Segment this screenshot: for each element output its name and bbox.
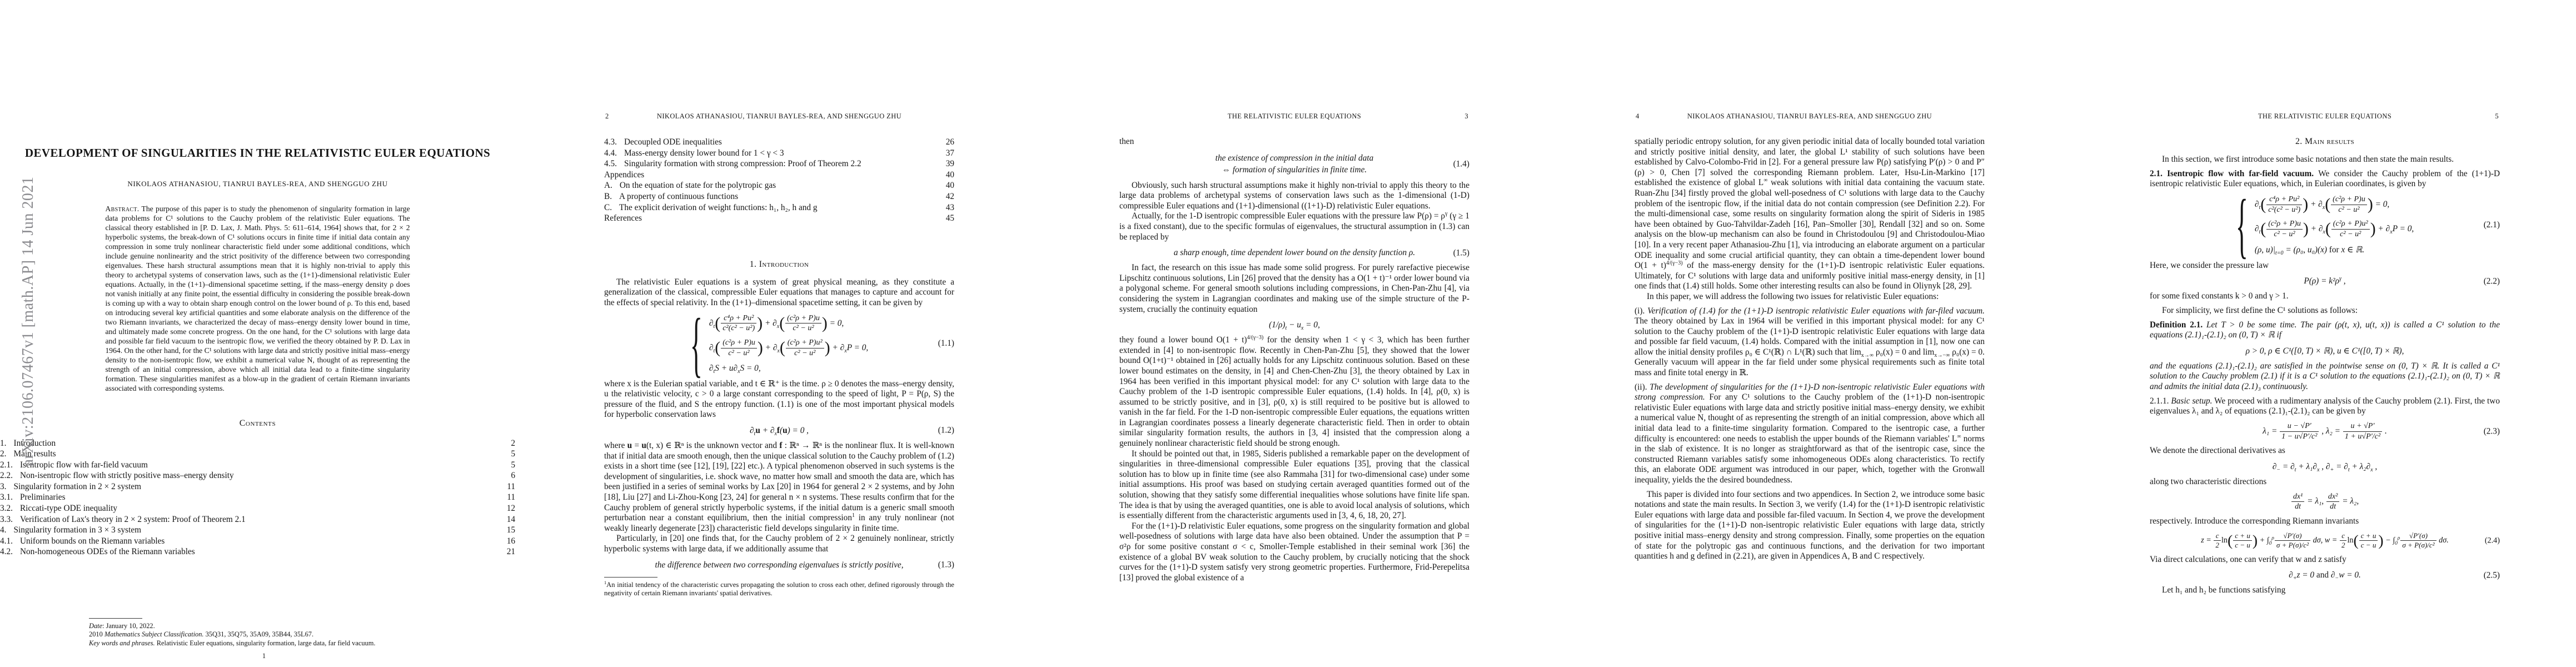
footnote-rule <box>604 577 657 578</box>
equation-number: (1.1) <box>938 339 954 349</box>
toc-section-number: B. <box>604 191 612 202</box>
toc-section-number: C. <box>604 202 612 213</box>
page-4: 4 NIKOLAOS ATHANASIOU, TIANRUI BAYLES-RE… <box>1546 0 2061 667</box>
equation-number: (1.4) <box>1453 158 1469 169</box>
toc-section-title: Singularity formation with strong compre… <box>624 158 861 170</box>
toc-page-number: 5 <box>505 449 515 460</box>
running-head: 2 NIKOLAOS ATHANASIOU, TIANRUI BAYLES-RE… <box>604 112 954 121</box>
toc-row: 3. Singularity formation in 2 × 2 system… <box>0 481 515 492</box>
toc-page-number: 16 <box>501 536 515 547</box>
running-head: THE RELATIVISTIC EULER EQUATIONS 5 <box>2150 112 2500 121</box>
toc-section-title: References <box>604 213 642 224</box>
page-body: 4.3. Decoupled ODE inequalities 26 4.4. … <box>604 137 954 598</box>
toc-row: 4.5. Singularity formation with strong c… <box>604 158 954 170</box>
equation-number: (2.5) <box>2484 570 2500 580</box>
toc-row: References 45 <box>604 213 954 224</box>
toc-row: B. A property of continuous functions 42 <box>604 191 954 202</box>
toc-section-number: 3. <box>0 481 6 492</box>
equation-line: ρ > 0, ρ ∈ C¹([0, T) × ℝ), u ∈ C¹([0, T)… <box>2246 346 2404 356</box>
equation-1-4: the existence of compression in the init… <box>1119 152 1469 176</box>
toc-row: 4.3. Decoupled ODE inequalities 26 <box>604 137 954 148</box>
brace-glyph: { <box>690 302 702 386</box>
toc-section-number: 4. <box>0 525 6 536</box>
toc-section-title: Singularity formation in 3 × 3 system <box>13 525 141 536</box>
paragraph: Actually, for the 1-D isentropic compres… <box>1119 211 1469 242</box>
equation-2-4: z = c2ln(c + uc − u) + ∫0ρ√P′(σ)σ + P(σ)… <box>2150 532 2500 550</box>
equation-2-3: λ₁ = u − √P′1 − u√P′/c² , λ₂ = u + √P′1 … <box>2150 422 2500 441</box>
equation-number: (1.3) <box>938 560 954 570</box>
paragraph: The relativistic Euler equations is a sy… <box>604 277 954 308</box>
section-heading-main-results: 2. Main results <box>2150 137 2500 147</box>
toc-page-number: 42 <box>940 191 954 202</box>
toc-section-title: Decoupled ODE inequalities <box>624 137 722 148</box>
footnote-text: 1An initial tendency of the characterist… <box>604 581 954 598</box>
toc-page-number: 6 <box>505 470 515 481</box>
equation-row: ∂tS + u∂xS = 0, <box>709 364 761 374</box>
toc-section-number: 3.1. <box>0 492 13 503</box>
running-head-title: THE RELATIVISTIC EULER EQUATIONS <box>1119 112 1469 121</box>
page-1: arXiv:2106.07467v1 [math.AP] 14 Jun 2021… <box>0 0 515 667</box>
equation-1-3: the difference between two corresponding… <box>604 560 954 570</box>
paragraph: spatially periodic entropy solution, for… <box>1635 137 1985 292</box>
paragraph: then <box>1119 137 1469 147</box>
paragraph: along two characteristic directions <box>2150 477 2500 487</box>
page-number: 5 <box>2495 112 2499 121</box>
toc-row: 2. Main results 5 <box>0 449 515 460</box>
toc-page-number: 5 <box>505 460 515 471</box>
toc-section-title: Non-homogeneous ODEs of the Riemann vari… <box>20 546 195 558</box>
toc-row: 4. Singularity formation in 3 × 3 system… <box>0 525 515 536</box>
paragraph: In this paper, we will address the follo… <box>1635 292 1985 302</box>
msc-line: 2010 Mathematics Subject Classification.… <box>89 630 439 639</box>
paper-authors: NIKOLAOS ATHANASIOU, TIANRUI BAYLES-REA,… <box>0 180 515 188</box>
equation-line: ∂− = ∂t + λ₁∂x , ∂+ = ∂t + λ₂∂x , <box>2273 462 2378 471</box>
equation-1-5: a sharp enough, time dependent lower bou… <box>1119 247 1469 258</box>
toc-page-number: 15 <box>501 525 515 536</box>
toc-row: 3.1. Preliminaries 11 <box>0 492 515 503</box>
running-head-title: NIKOLAOS ATHANASIOU, TIANRUI BAYLES-REA,… <box>604 112 954 121</box>
equation-line: z = c2ln(c + uc − u) + ∫0ρ√P′(σ)σ + P(σ)… <box>2201 536 2449 545</box>
running-head-title: NIKOLAOS ATHANASIOU, TIANRUI BAYLES-REA,… <box>1635 112 1985 121</box>
toc-section-number: 2.1. <box>0 460 13 471</box>
paragraph: Let h₁ and h₂ be functions satisfying <box>2150 585 2500 596</box>
toc-page-number: 37 <box>940 148 954 159</box>
paragraph: For the (1+1)-D relativistic Euler equat… <box>1119 521 1469 584</box>
toc-section-title: Uniform bounds on the Riemann variables <box>20 536 165 547</box>
paragraph: In fact, the research on this issue has … <box>1119 263 1469 315</box>
equation-row: ∂t((c²ρ + P)uc² − u²) + ∂x((c²ρ + P)u²c²… <box>709 339 868 358</box>
toc-page-number: 40 <box>940 170 954 181</box>
toc-section-title: Appendices <box>604 170 644 181</box>
toc-section-number: 2.2. <box>0 470 13 481</box>
table-of-contents-continued: 4.3. Decoupled ODE inequalities 26 4.4. … <box>604 137 954 224</box>
paragraph: Via direct calculations, one can verify … <box>2150 555 2500 565</box>
toc-row: Appendices 40 <box>604 170 954 181</box>
equation-1-1: { ∂t(c⁴ρ + Pu²c²(c² − u²)) + ∂x((c²ρ + P… <box>604 314 954 374</box>
equation-number: (1.5) <box>1453 247 1469 258</box>
toc-page-number: 39 <box>940 158 954 170</box>
toc-section-number: 4.5. <box>604 158 617 170</box>
paragraph: where u = u(t, x) ∈ ℝⁿ is the unknown ve… <box>604 441 954 534</box>
paper-spread: { "watermark": {"text": "arXiv:2106.0746… <box>0 0 2576 667</box>
equation-row: ∂t(c⁴ρ + Pu²c²(c² − u²)) + ∂x((c²ρ + P)u… <box>709 314 844 333</box>
toc-section-title: The explicit derivation of weight functi… <box>619 202 817 213</box>
equation-directional-derivatives: ∂− = ∂t + λ₁∂x , ∂+ = ∂t + λ₂∂x , <box>2150 461 2500 472</box>
paragraph: For simplicity, we first define the C¹ s… <box>2150 306 2500 316</box>
equation-row: ∂t((c²ρ + P)uc² − u²) + ∂x((c²ρ + P)u²c²… <box>2255 220 2414 239</box>
arxiv-watermark: arXiv:2106.07467v1 [math.AP] 14 Jun 2021 <box>19 155 39 488</box>
page-body: 2. Main results In this section, we firs… <box>2150 137 2500 596</box>
equation-line: ⇔ formation of singularities in finite t… <box>1119 164 1469 176</box>
toc-row: 4.4. Mass-energy density lower bound for… <box>604 148 954 159</box>
paragraph: We denote the directional derivatives as <box>2150 446 2500 456</box>
toc-row: 3.3. Verification of Lax's theory in 2 ×… <box>0 514 515 525</box>
footnote: 1An initial tendency of the characterist… <box>604 577 954 598</box>
equation-rows: ∂t(c⁴ρ + Pu²c²(c² − u²)) + ∂x((c²ρ + P)u… <box>2255 195 2414 255</box>
running-head-title: THE RELATIVISTIC EULER EQUATIONS <box>2150 112 2500 121</box>
equation-number: (2.1) <box>2484 220 2500 230</box>
equation-2-5: ∂+z = 0 and ∂−w = 0. (2.5) <box>2150 570 2500 580</box>
page-number: 4 <box>1636 112 1640 121</box>
equation-line: λ₁ = u − √P′1 − u√P′/c² , λ₂ = u + √P′1 … <box>2263 426 2387 436</box>
toc-section-title: Mass-energy density lower bound for 1 < … <box>624 148 784 159</box>
page-number: 3 <box>1464 112 1468 121</box>
toc-page-number: 11 <box>501 492 515 503</box>
paragraph: Particularly, in [20] one finds that, fo… <box>604 534 954 554</box>
toc-row: 3.2. Riccati-type ODE inequality 12 <box>0 503 515 514</box>
equation-line: the difference between two corresponding… <box>655 560 903 570</box>
toc-row: 4.2. Non-homogeneous ODEs of the Riemann… <box>0 546 515 558</box>
toc-section-number: 1. <box>0 438 6 449</box>
equation-row: (ρ, u)|t=0 = (ρ₀, u₀)(x) for x ∈ ℝ. <box>2255 245 2364 255</box>
paper-title: DEVELOPMENT OF SINGULARITIES IN THE RELA… <box>0 146 515 161</box>
page-5: THE RELATIVISTIC EULER EQUATIONS 5 2. Ma… <box>2061 0 2576 667</box>
subsubsection-2-1-1: 2.1.1. Basic setup. We proceed with a ru… <box>2150 396 2500 417</box>
abstract: Abstract. The purpose of this paper is t… <box>106 204 410 393</box>
section-heading-introduction: 1. Introduction <box>604 260 954 270</box>
toc-section-number: 4.1. <box>0 536 13 547</box>
paragraph: respectively. Introduce the correspondin… <box>2150 516 2500 527</box>
equation-number: (1.2) <box>938 425 954 436</box>
paragraph: In this section, we first introduce some… <box>2150 155 2500 165</box>
toc-row: 1. Introduction 2 <box>0 438 515 449</box>
equation-1-2: ∂tu + ∂xf(u) = 0 , (1.2) <box>604 425 954 436</box>
toc-section-title: Riccati-type ODE inequality <box>20 503 117 514</box>
equation-line: a sharp enough, time dependent lower bou… <box>1174 248 1415 257</box>
paragraph: and the equations (2.1)₁-(2.1)₂ are sati… <box>2150 361 2500 392</box>
contents-heading: Contents <box>0 419 515 429</box>
date-line: Date: January 10, 2022. <box>89 622 439 630</box>
equation-line: ∂tu + ∂xf(u) = 0 , <box>750 426 809 435</box>
toc-page-number: 2 <box>505 438 515 449</box>
page-body: spatially periodic entropy solution, for… <box>1635 137 1985 562</box>
toc-page-number: 11 <box>501 481 515 492</box>
toc-page-number: 40 <box>940 180 954 191</box>
paragraph: It should be pointed out that, in 1985, … <box>1119 449 1469 521</box>
toc-page-number: 21 <box>501 546 515 558</box>
equation-2-2: P(ρ) = k²ργ , (2.2) <box>2150 276 2500 286</box>
equation-row: ∂t(c⁴ρ + Pu²c²(c² − u²)) + ∂x((c²ρ + P)u… <box>2255 195 2389 215</box>
paragraph: they found a lower bound O(1 + t)4/(γ−3)… <box>1119 335 1469 449</box>
paragraph: where x is the Eulerian spatial variable… <box>604 379 954 420</box>
running-head: 4 NIKOLAOS ATHANASIOU, TIANRUI BAYLES-RE… <box>1635 112 1985 121</box>
equation-line: ∂+z = 0 and ∂−w = 0. <box>2289 570 2361 580</box>
equation-lines: the existence of compression in the init… <box>1119 152 1469 176</box>
toc-page-number: 12 <box>501 503 515 514</box>
equation-line: the existence of compression in the init… <box>1119 152 1469 164</box>
title-page-footer: Date: January 10, 2022. 2010 Mathematics… <box>89 618 439 661</box>
toc-page-number: 14 <box>501 514 515 525</box>
toc-section-number: 3.2. <box>0 503 13 514</box>
keywords-line: Key words and phrases. Relativistic Eule… <box>89 639 439 648</box>
toc-section-number: 4.3. <box>604 137 617 148</box>
paragraph-item-ii: (ii). The development of singularities f… <box>1635 382 1985 486</box>
toc-page-number: 26 <box>940 137 954 148</box>
table-of-contents: 1. Introduction 2 2. Main results 5 2.1.… <box>0 438 515 558</box>
toc-section-number: 3.3. <box>0 514 13 525</box>
equation-rows: ∂t(c⁴ρ + Pu²c²(c² − u²)) + ∂x((c²ρ + P)u… <box>709 314 868 374</box>
toc-section-title: Non-isentropic flow with strictly positi… <box>20 470 234 481</box>
equation-number: (2.3) <box>2484 426 2500 437</box>
paragraph: Here, we consider the pressure law <box>2150 261 2500 271</box>
page-number: 2 <box>605 112 609 121</box>
toc-section-title: Verification of Lax's theory in 2 × 2 sy… <box>20 514 246 525</box>
toc-page-number: 45 <box>940 213 954 224</box>
paragraph: This paper is divided into four sections… <box>1635 490 1985 562</box>
page-body: then the existence of compression in the… <box>1119 137 1469 583</box>
toc-row: C. The explicit derivation of weight fun… <box>604 202 954 213</box>
equation-line: (1/ρ)t − ux = 0, <box>1269 320 1320 330</box>
equation-regularity: ρ > 0, ρ ∈ C¹([0, T) × ℝ), u ∈ C¹([0, T)… <box>2150 346 2500 356</box>
equation-line: P(ρ) = k²ργ , <box>2304 276 2345 286</box>
page-number: 1 <box>89 652 439 660</box>
toc-section-number: A. <box>604 180 612 191</box>
running-head: THE RELATIVISTIC EULER EQUATIONS 3 <box>1119 112 1469 121</box>
toc-row: 2.2. Non-isentropic flow with strictly p… <box>0 470 515 481</box>
footnote-rule <box>89 618 142 619</box>
paragraph: for some fixed constants k > 0 and γ > 1… <box>2150 291 2500 302</box>
paragraph: Obviously, such harsh structural assumpt… <box>1119 181 1469 212</box>
brace-glyph: { <box>2236 183 2248 267</box>
toc-row: 2.1. Isentropic flow with far-field vacu… <box>0 460 515 471</box>
equation-continuity: (1/ρ)t − ux = 0, <box>1119 320 1469 330</box>
toc-section-title: On the equation of state for the polytro… <box>620 180 776 191</box>
paragraph-item-i: (i). Verification of (1.4) for the (1+1)… <box>1635 306 1985 379</box>
toc-section-title: Preliminaries <box>20 492 66 503</box>
toc-section-number: 2. <box>0 449 6 460</box>
page-3: THE RELATIVISTIC EULER EQUATIONS 3 then … <box>1030 0 1546 667</box>
equation-number: (2.2) <box>2484 276 2500 286</box>
page-2: 2 NIKOLAOS ATHANASIOU, TIANRUI BAYLES-RE… <box>515 0 1030 667</box>
toc-section-number: 4.4. <box>604 148 617 159</box>
equation-2-1: { ∂t(c⁴ρ + Pu²c²(c² − u²)) + ∂x((c²ρ + P… <box>2150 195 2500 255</box>
toc-row: 4.1. Uniform bounds on the Riemann varia… <box>0 536 515 547</box>
toc-page-number: 43 <box>940 202 954 213</box>
definition-2-1: Definition 2.1. Let T > 0 be some time. … <box>2150 320 2500 341</box>
equation-characteristics: dx¹dt = λ₁, dx²dt = λ₂, <box>2150 492 2500 512</box>
toc-row: A. On the equation of state for the poly… <box>604 180 954 191</box>
subsection-2-1: 2.1. Isentropic flow with far-field vacu… <box>2150 169 2500 190</box>
toc-section-number: 4.2. <box>0 546 13 558</box>
equation-number: (2.4) <box>2485 535 2500 546</box>
equation-line: dx¹dt = λ₁, dx²dt = λ₂, <box>2291 496 2359 506</box>
toc-section-title: A property of continuous functions <box>619 191 738 202</box>
